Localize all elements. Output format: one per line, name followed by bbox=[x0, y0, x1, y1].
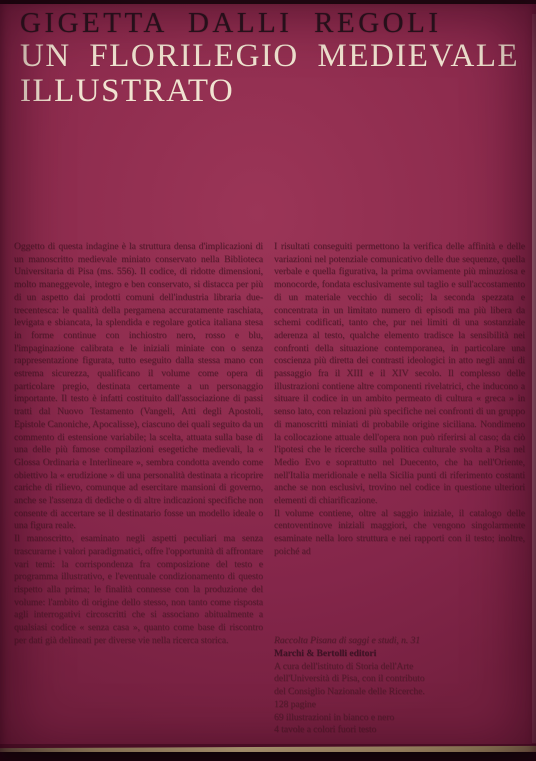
photo-top-edge bbox=[0, 0, 536, 4]
title-block: GIGETTA DALLI REGOLI UN FLORILEGIO MEDIE… bbox=[20, 8, 530, 109]
blurb-paragraph: Il manoscritto, esaminato negli aspetti … bbox=[14, 533, 263, 647]
credit-line: A cura dell'istituto di Storia dell'Arte bbox=[274, 661, 525, 674]
author-name: GIGETTA DALLI REGOLI bbox=[20, 8, 530, 39]
photo-bottom-edge bbox=[0, 752, 536, 761]
book-title-line-2: ILLUSTRATO bbox=[20, 74, 530, 109]
book-cover: GIGETTA DALLI REGOLI UN FLORILEGIO MEDIE… bbox=[0, 0, 536, 761]
series-title: Raccolta Pisana di saggi e studi, n. 31 bbox=[274, 635, 525, 648]
blurb-right-column: I risultati conseguiti permettono la ver… bbox=[274, 241, 525, 737]
blurb-paragraph: I risultati conseguiti permettono la ver… bbox=[274, 241, 525, 508]
blurb-paragraph: Il volume contiene, oltre al saggio iniz… bbox=[274, 508, 525, 559]
detail-pages: 128 pagine bbox=[274, 699, 525, 712]
colophon-block: Raccolta Pisana di saggi e studi, n. 31 … bbox=[274, 625, 525, 737]
publisher-name: Marchi & Bertolli editori bbox=[274, 648, 525, 661]
detail-illustrations: 69 illustrazioni in bianco e nero bbox=[274, 712, 525, 725]
credit-line: dell'Università di Pisa, con il contribu… bbox=[274, 673, 525, 686]
credit-line: del Consiglio Nazionale delle Ricerche. bbox=[274, 686, 525, 699]
book-right-edge-highlight bbox=[532, 14, 536, 743]
blurb-left-column: Oggetto di questa indagine è la struttur… bbox=[14, 241, 263, 648]
blurb-paragraph: Oggetto di questa indagine è la struttur… bbox=[14, 241, 263, 533]
book-title-line-1: UN FLORILEGIO MEDIEVALE bbox=[20, 39, 530, 74]
detail-plates: 4 tavole a colori fuori testo bbox=[274, 724, 525, 737]
